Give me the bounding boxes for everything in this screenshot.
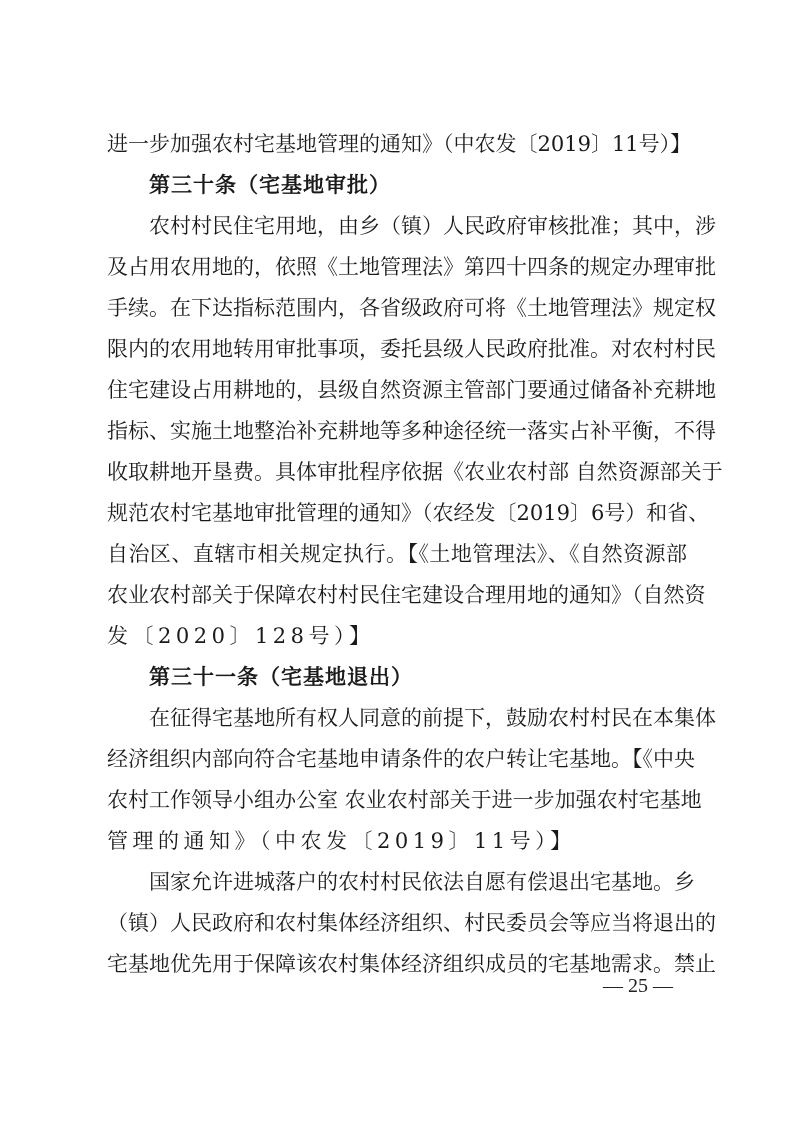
article-31-para-line: 在征得宅基地所有权人同意的前提下，鼓励农村村民在本集体 [149,704,687,732]
article-30-para-line: 农村村民住宅用地，由乡（镇）人民政府审核批准；其中，涉 [149,212,687,240]
article-30-para-line: 指标、实施土地整治补充耕地等多种途径统一落实占补平衡，不得 [107,417,687,445]
article-31-para-line: 管理的通知》（中农发〔2019〕11号）】 [107,827,576,855]
page-number: — 25 — [603,972,673,1000]
article-30-para-line: 收取耕地开垦费。具体审批程序依据《农业农村部 自然资源部关于 [107,458,687,486]
article-31-para-line: 经济组织内部向符合宅基地申请条件的农户转让宅基地。【《中央 [107,745,687,773]
article-30-para-line: 手续。在下达指标范围内，各省级政府可将《土地管理法》规定权 [107,294,687,322]
article-30-para-line: 农业农村部关于保障农村村民住宅建设合理用地的通知》（自然资 [107,581,687,609]
article-31-heading: 第三十一条（宅基地退出） [149,663,413,691]
article-31-para2-line: （镇）人民政府和农村集体经济组织、村民委员会等应当将退出的 [107,909,687,937]
article-30-para-line: 住宅建设占用耕地的，县级自然资源主管部门要通过储备补充耕地 [107,376,687,404]
article-30-para-line: 规范农村宅基地审批管理的通知》（农经发〔2019〕6号）和省、 [107,499,687,527]
article-30-para-line: 限内的农用地转用审批事项，委托县级人民政府批准。对农村村民 [107,335,687,363]
article-30-para-line: 发〔2020〕128号）】 [107,622,375,650]
article-31-para2-line: 宅基地优先用于保障该农村集体经济组织成员的宅基地需求。禁止 [107,950,687,978]
article-30-para-line: 及占用农用地的，依照《土地管理法》第四十四条的规定办理审批 [107,253,687,281]
article-30-para-line: 自治区、直辖市相关规定执行。【《土地管理法》、《自然资源部 [107,540,687,568]
body-line-continuation: 进一步加强农村宅基地管理的通知》（中农发〔2019〕11号）】 [107,130,687,158]
article-30-heading: 第三十条（宅基地审批） [149,171,391,199]
article-31-para2-line: 国家允许进城落户的农村村民依法自愿有偿退出宅基地。乡 [149,868,687,896]
article-31-para-line: 农村工作领导小组办公室 农业农村部关于进一步加强农村宅基地 [107,786,687,814]
